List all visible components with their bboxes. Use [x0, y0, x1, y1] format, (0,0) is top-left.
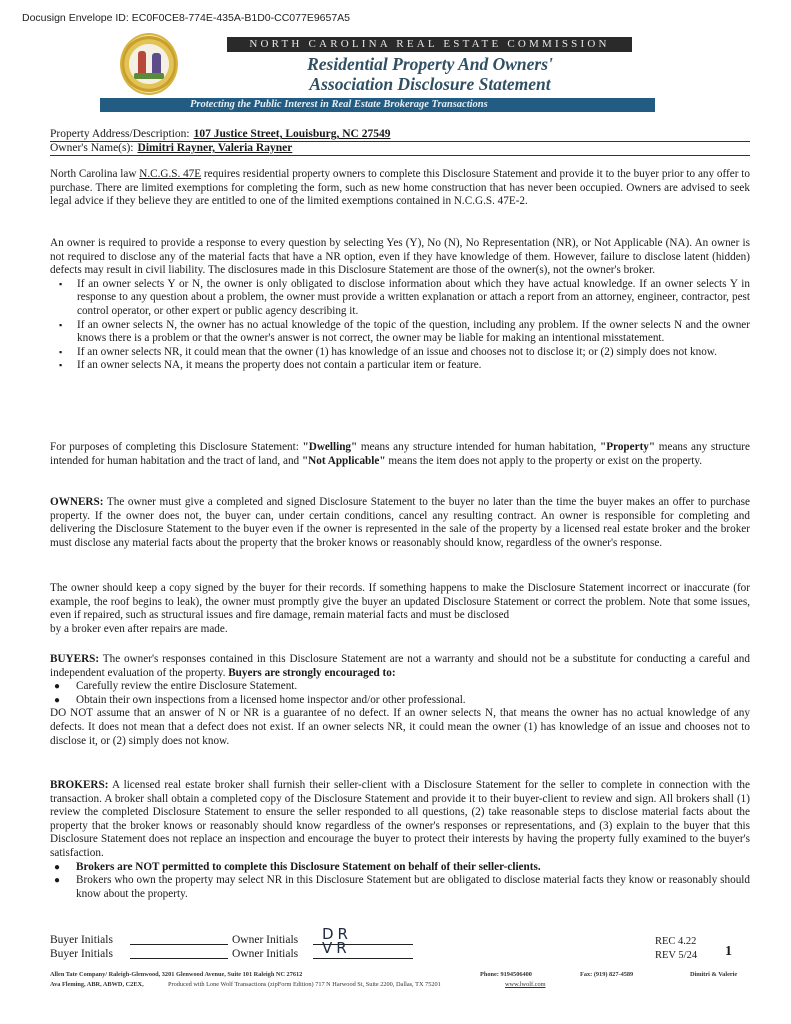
company-info: Allen Tate Company/ Raleigh-Glenwood, 32…: [50, 970, 302, 980]
ncgs-47e-link[interactable]: N.C.G.S. 47E: [139, 168, 201, 180]
address-label: Property Address/Description:: [50, 128, 190, 140]
document-footer: Allen Tate Company/ Raleigh-Glenwood, 32…: [50, 970, 770, 990]
buyers-paragraph: BUYERS: The owner's responses contained …: [50, 653, 750, 748]
page-number: 1: [725, 944, 732, 960]
agent-name: Ava Fleming, ABR, ABWD, C2EX,: [50, 980, 144, 990]
document-title: Residential Property And Owners' Associa…: [220, 54, 640, 94]
rev-code: REV 5/24: [655, 949, 697, 963]
list-item: ●Brokers are NOT permitted to complete t…: [50, 861, 750, 875]
brokers-paragraph: BROKERS: A licensed real estate broker s…: [50, 779, 750, 901]
rec-code: REC 4.22: [655, 935, 697, 949]
list-item: ▪If an owner selects NR, it could mean t…: [50, 346, 750, 360]
owner-label: Owner's Name(s):: [50, 142, 134, 154]
produced-with: Produced with Lone Wolf Transactions (zi…: [168, 980, 441, 990]
docusign-envelope-id: Docusign Envelope ID: EC0F0CE8-774E-435A…: [22, 12, 350, 24]
list-item: ●Obtain their own inspections from a lic…: [50, 694, 750, 708]
intro-paragraph: North Carolina law N.C.G.S. 47E requires…: [50, 168, 750, 209]
title-line-2: Association Disclosure Statement: [220, 74, 640, 94]
buyer-initials-label: Buyer Initials: [50, 933, 113, 947]
organization-banner: NORTH CAROLINA REAL ESTATE COMMISSION: [227, 37, 632, 52]
website-link[interactable]: www.lwolf.com: [505, 980, 546, 990]
initials-section: Buyer Initials Owner Initials DR Buyer I…: [50, 933, 470, 961]
owner-value: Dimitri Rayner, Valeria Rayner: [138, 142, 293, 154]
title-line-1: Residential Property And Owners': [220, 54, 640, 74]
nc-state-seal-icon: [120, 33, 178, 95]
list-item: ●Carefully review the entire Disclosure …: [50, 680, 750, 694]
revision-info: REC 4.22 REV 5/24: [655, 935, 697, 963]
owner-initials-label: Owner Initials: [232, 933, 298, 947]
owner-initials-label: Owner Initials: [232, 947, 298, 961]
fax: Fax: (919) 827-4589: [580, 970, 633, 980]
owner-initials-2-handwritten: VR: [322, 941, 351, 955]
phone: Phone: 9194506400: [480, 970, 532, 980]
address-value: 107 Justice Street, Louisburg, NC 27549: [194, 128, 391, 140]
buyer-initials-field-1[interactable]: [130, 933, 228, 945]
buyers-bullets: ●Carefully review the entire Disclosure …: [50, 680, 750, 707]
property-address-field[interactable]: Property Address/Description:107 Justice…: [50, 127, 750, 141]
response-paragraph: An owner is required to provide a respon…: [50, 237, 750, 373]
list-item: ▪If an owner selects NA, it means the pr…: [50, 359, 750, 373]
list-item: ▪If an owner selects Y or N, the owner i…: [50, 278, 750, 319]
definitions-paragraph: For purposes of completing this Disclosu…: [50, 441, 750, 468]
brokers-bullets: ●Brokers are NOT permitted to complete t…: [50, 861, 750, 902]
buyer-initials-label: Buyer Initials: [50, 947, 113, 961]
list-item: ▪If an owner selects N, the owner has no…: [50, 319, 750, 346]
response-bullets: ▪If an owner selects Y or N, the owner i…: [50, 278, 750, 373]
document-name: Dimitri & Valerie: [690, 970, 737, 980]
keep-copy-paragraph: The owner should keep a copy signed by t…: [50, 582, 750, 636]
owners-paragraph: OWNERS: The owner must give a completed …: [50, 496, 750, 550]
list-item: ●Brokers who own the property may select…: [50, 874, 750, 901]
tagline-banner: Protecting the Public Interest in Real E…: [100, 98, 655, 112]
owner-names-field[interactable]: Owner's Name(s):Dimitri Rayner, Valeria …: [50, 141, 750, 155]
buyer-initials-field-2[interactable]: [130, 947, 228, 959]
